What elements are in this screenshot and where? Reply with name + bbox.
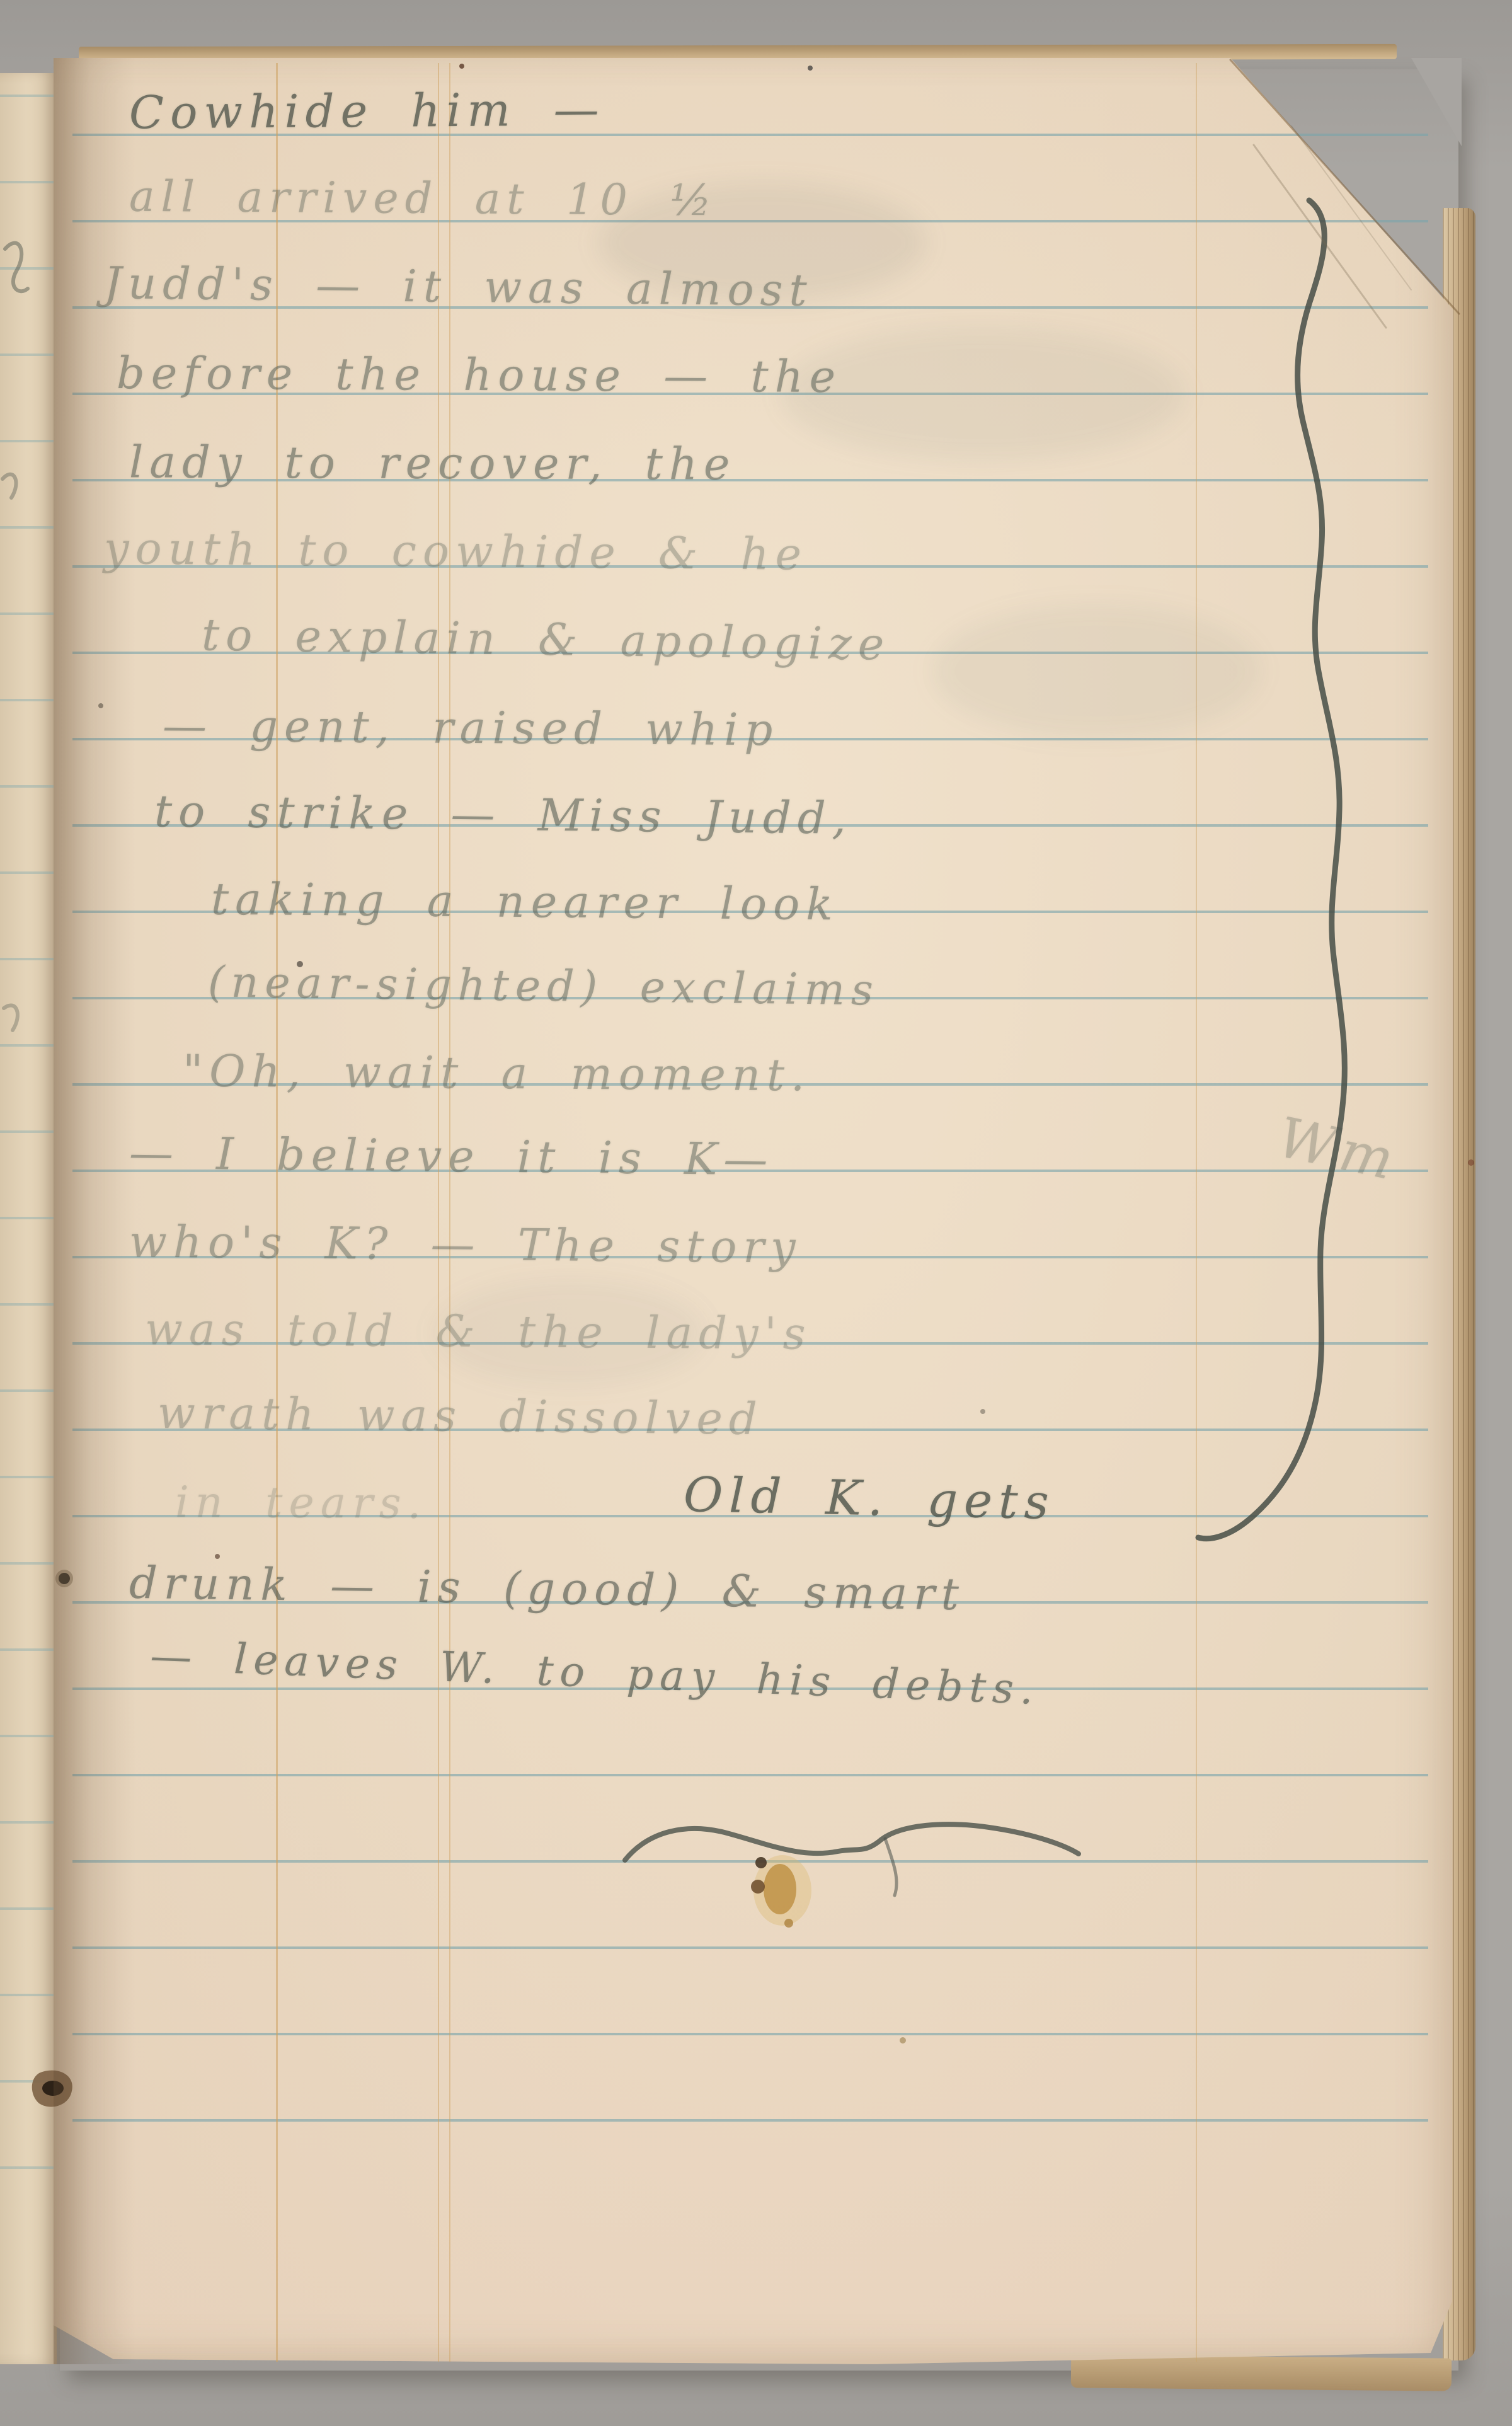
handwriting-line: Judd's — it was almost (104, 261, 813, 313)
scanned-notebook-photo: { "document": { "kind": "handwritten-not… (0, 0, 1512, 2426)
handwriting-line: wrath was dissolved (157, 1391, 764, 1441)
handwriting-line: youth to cowhide & he (104, 526, 808, 577)
handwriting-line: — I believe it is K— (129, 1131, 774, 1182)
margin-line-center-b (449, 63, 450, 2362)
previous-page-ruling (0, 95, 57, 2174)
handwriting-line: to explain & apologize (202, 612, 891, 666)
handwriting-line: in tears. (175, 1481, 428, 1526)
handwriting-line: drunk — is (good) & smart (129, 1561, 966, 1617)
handwriting-line: (near-sighted) exclaims (208, 961, 880, 1012)
page-stack-bottom-edge (1071, 2355, 1452, 2391)
handwriting-line: lady to recover, the (129, 440, 736, 486)
handwriting-line: Cowhide him — (129, 86, 605, 135)
handwriting-line: all arrived at 10 ½ (129, 176, 718, 223)
handwriting-line: before the house — the (117, 351, 842, 399)
handwriting-line: taking a nearer look (211, 877, 839, 927)
handwriting-line: to strike — Miss Judd, (154, 789, 853, 841)
margin-line-center-a (438, 63, 439, 2362)
handwriting-line: who's K? — The story (129, 1219, 802, 1269)
handwriting-line: "Oh, wait a moment. (183, 1049, 811, 1098)
handwriting-line: was told & the lady's (145, 1307, 812, 1355)
handwriting-line: — gent, raised whip (163, 704, 779, 752)
handwriting-line: Old K. gets (683, 1471, 1055, 1526)
margin-line-right (1196, 63, 1197, 2362)
margin-line-left (276, 63, 278, 2362)
